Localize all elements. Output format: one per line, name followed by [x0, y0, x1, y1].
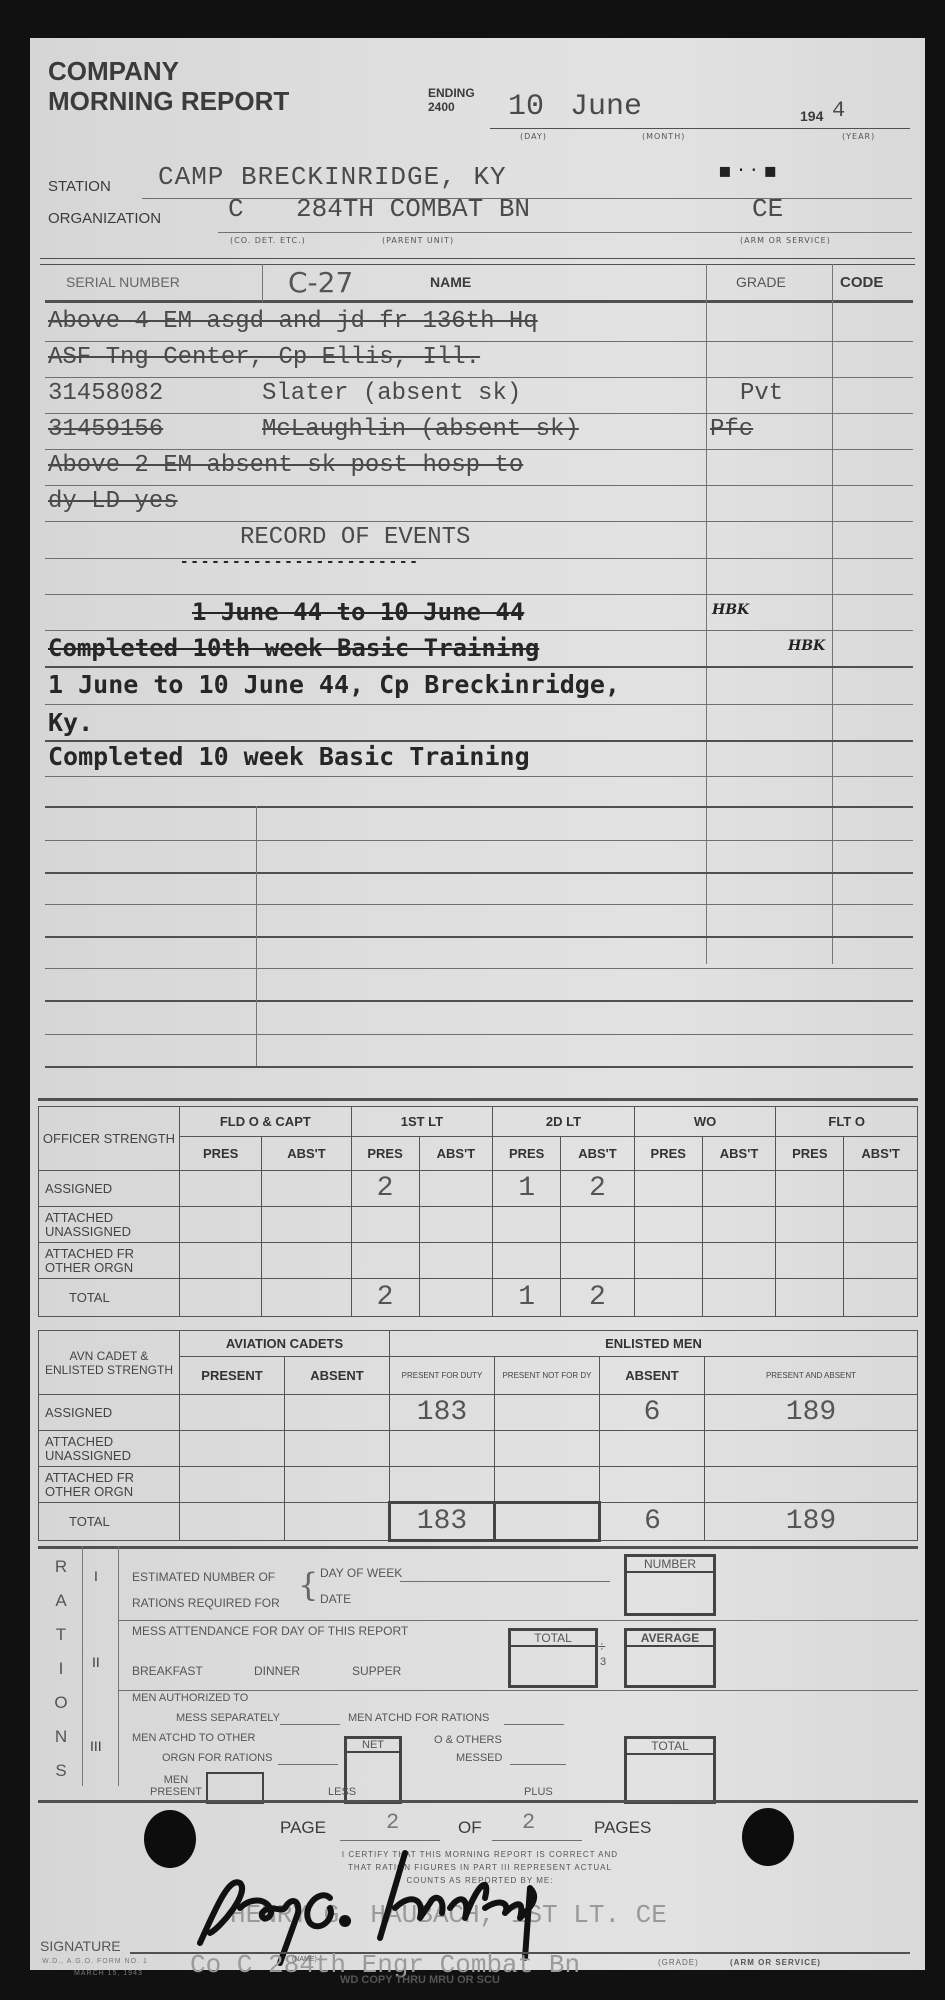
cell: 6: [600, 1395, 705, 1431]
signature-label: SIGNATURE: [40, 1938, 121, 1954]
cell: [634, 1171, 702, 1207]
entry-name: McLaughlin (absent sk): [262, 416, 579, 443]
label-line: RATIONS REQUIRED FOR: [132, 1590, 280, 1616]
divider: [40, 264, 915, 265]
ending-text: ENDING: [428, 86, 475, 100]
section-rule: [38, 1098, 918, 1101]
entry-line: Above 4 EM asgd and jd fr 136th Hq: [48, 308, 538, 335]
rule: [45, 377, 913, 378]
initials: HBK: [788, 638, 825, 654]
record-of-events-heading: RECORD OF EVENTS: [240, 524, 470, 551]
page-label: PAGE: [280, 1818, 326, 1838]
report-month: June: [570, 90, 642, 124]
name-caption: (NAME): [292, 1956, 317, 1963]
cell: 183: [390, 1503, 495, 1541]
entry-line: Above 2 EM absent sk post hosp to: [48, 452, 523, 479]
form-number: W.D., A.G.O. FORM NO. 1: [42, 1958, 148, 1965]
day-of-week-label: DAY OF WEEK: [320, 1566, 402, 1580]
divide-by: 3: [600, 1656, 606, 1668]
page-number: 2: [386, 1810, 399, 1835]
subcol-header: ABSENT: [600, 1357, 705, 1395]
name-header: NAME: [430, 274, 471, 290]
cell: [702, 1279, 776, 1317]
rule: [45, 630, 913, 631]
breakfast-label: BREAKFAST: [132, 1664, 203, 1678]
row-label: TOTAL: [39, 1503, 180, 1541]
subcol-header: PRESENT: [180, 1357, 285, 1395]
cell: 189: [705, 1503, 918, 1541]
cell: 1: [493, 1279, 561, 1317]
group-header: AVIATION CADETS: [180, 1331, 390, 1357]
section-rule: [38, 1546, 918, 1549]
form-date: MARCH 15, 1943: [74, 1970, 143, 1977]
rule: [45, 936, 913, 938]
subcol-header: PRES: [351, 1137, 419, 1171]
men-present-label: MEN PRESENT: [150, 1774, 202, 1798]
table-row: ASSIGNED 2 1 2: [39, 1171, 918, 1207]
subcol-header: PRESENT FOR DUTY: [390, 1357, 495, 1395]
col-divider: [82, 1546, 83, 1786]
total-box[interactable]: TOTAL: [508, 1628, 598, 1688]
cell: [419, 1171, 493, 1207]
rule: [45, 776, 913, 777]
ending-time: 2400: [428, 100, 475, 114]
subcol-header: ABSENT: [285, 1357, 390, 1395]
average-label: AVERAGE: [627, 1631, 713, 1647]
group-header: ENLISTED MEN: [390, 1331, 918, 1357]
subcol-header: ABS'T: [844, 1137, 918, 1171]
cell: [776, 1279, 844, 1317]
row-label: ASSIGNED: [39, 1171, 180, 1207]
officer-strength-title: OFFICER STRENGTH: [39, 1107, 180, 1171]
cell: [285, 1503, 390, 1541]
rule: [118, 1690, 918, 1691]
row-label: ATTACHED UNASSIGNED: [39, 1207, 180, 1243]
rule: [45, 1000, 913, 1002]
company-caption: (CO. DET. ETC.): [230, 236, 306, 245]
cell: [844, 1171, 918, 1207]
letter: T: [50, 1618, 72, 1652]
initials: HBK: [712, 602, 749, 618]
cell: [495, 1395, 600, 1431]
subcol-header: PRES: [776, 1137, 844, 1171]
month-caption: (MONTH): [642, 132, 685, 141]
rule: [45, 1066, 913, 1068]
officer-strength-table: OFFICER STRENGTH FLD O & CAPT 1ST LT 2D …: [38, 1106, 918, 1317]
number-box[interactable]: NUMBER: [624, 1554, 716, 1616]
divider: [40, 258, 915, 259]
letter: R: [50, 1550, 72, 1584]
col-divider: [262, 264, 263, 302]
label-line: PRESENT: [150, 1786, 202, 1798]
divide-sign: ÷: [598, 1638, 606, 1654]
day-caption: (DAY): [520, 132, 547, 141]
struck-event-line: Completed 10th week Basic Training: [48, 634, 539, 662]
subcol-header: PRES: [180, 1137, 262, 1171]
cell: [180, 1171, 262, 1207]
subcol-header: ABS'T: [262, 1137, 351, 1171]
cell: [180, 1279, 262, 1317]
cell: [180, 1503, 285, 1541]
group-header: WO: [634, 1107, 776, 1137]
section-number: I: [94, 1568, 98, 1584]
table-row: ATTACHED UNASSIGNED: [39, 1207, 918, 1243]
page-total: 2: [522, 1810, 535, 1835]
entry-serial: 31458082: [48, 380, 163, 407]
entry-serial: 31459156: [48, 416, 163, 443]
rule: [45, 840, 913, 841]
parent-caption: (PARENT UNIT): [382, 236, 454, 245]
rule: [45, 485, 913, 486]
enlisted-strength-title: AVN CADET & ENLISTED STRENGTH: [39, 1331, 180, 1395]
men-atchd-other-label: MEN ATCHD TO OTHER: [132, 1732, 255, 1744]
row-label: ATTACHED UNASSIGNED: [39, 1431, 180, 1467]
cell: [495, 1503, 600, 1541]
col-divider: [256, 806, 257, 1066]
group-header: 2D LT: [493, 1107, 635, 1137]
entry-name: Slater (absent sk): [262, 380, 521, 407]
organization-arm: CE: [752, 194, 783, 224]
less-label: LESS: [328, 1786, 356, 1798]
rule: [45, 806, 913, 808]
year-prefix: 194: [800, 108, 823, 124]
letter: N: [50, 1720, 72, 1754]
average-box[interactable]: AVERAGE: [624, 1628, 716, 1688]
table-row: ATTACHED FR OTHER ORGN: [39, 1467, 918, 1503]
code-header: CODE: [840, 274, 883, 291]
event-line: 1 June to 10 June 44, Cp Breckinridge,: [48, 670, 620, 699]
cell: [419, 1279, 493, 1317]
subcol-header: PRESENT AND ABSENT: [705, 1357, 918, 1395]
group-header: FLT O: [776, 1107, 918, 1137]
cell: 6: [600, 1503, 705, 1541]
table-row: ASSIGNED 183 6 189: [39, 1395, 918, 1431]
col-divider: [706, 264, 707, 964]
group-header: 1ST LT: [351, 1107, 493, 1137]
rule: [45, 341, 913, 342]
enlisted-strength-table: AVN CADET & ENLISTED STRENGTH AVIATION C…: [38, 1330, 918, 1542]
rule: [118, 1620, 918, 1621]
supper-label: SUPPER: [352, 1664, 401, 1678]
rule: [45, 449, 913, 450]
plus-label: PLUS: [524, 1786, 553, 1798]
men-atchd-rations-field[interactable]: [504, 1724, 564, 1725]
organization-parent: 284TH COMBAT BN: [296, 194, 530, 224]
brace-icon: {: [298, 1566, 318, 1604]
cell: [262, 1171, 351, 1207]
cell: 189: [705, 1395, 918, 1431]
entry-grade: Pvt: [740, 380, 783, 407]
row-label: ATTACHED FR OTHER ORGN: [39, 1467, 180, 1503]
arm-service-caption: (ARM OR SERVICE): [730, 1958, 821, 1967]
cell: [776, 1171, 844, 1207]
rule: [45, 558, 913, 559]
serial-number-header: SERIAL NUMBER: [66, 274, 180, 290]
row-label: TOTAL: [39, 1279, 180, 1317]
table-row: TOTAL 2 1 2: [39, 1279, 918, 1317]
orgn-for-rations-field[interactable]: [278, 1764, 338, 1765]
report-day: 10: [508, 90, 544, 124]
date-underline: [490, 128, 910, 129]
cell: [262, 1279, 351, 1317]
year-suffix: 4: [832, 98, 845, 123]
subcol-header: PRES: [493, 1137, 561, 1171]
wd-copy-note: WD COPY THRU MRU OR SCU: [340, 1974, 500, 1986]
date-label: DATE: [320, 1592, 351, 1606]
struck-event-line: 1 June 44 to 10 June 44: [192, 598, 524, 626]
cell: [180, 1395, 285, 1431]
section-number: III: [90, 1738, 102, 1754]
letter: S: [50, 1754, 72, 1788]
net-label: NET: [347, 1739, 399, 1753]
letter: O: [50, 1686, 72, 1720]
rations-side-label: R A T I O N S: [50, 1550, 72, 1788]
subcol-header: PRESENT NOT FOR DY: [495, 1357, 600, 1395]
section-number: II: [92, 1654, 100, 1670]
mess-separately-label: MESS SEPARATELY: [176, 1712, 280, 1724]
pages-label: PAGES: [594, 1818, 651, 1838]
cell: [285, 1395, 390, 1431]
table-row: ATTACHED FR OTHER ORGN: [39, 1243, 918, 1279]
col-divider: [832, 264, 833, 964]
arm-caption: (ARM OR SERVICE): [740, 236, 831, 245]
grade-caption: (GRADE): [658, 1958, 699, 1967]
cell: 2: [351, 1171, 419, 1207]
mess-attendance-label: MESS ATTENDANCE FOR DAY OF THIS REPORT: [132, 1624, 408, 1638]
number-label: NUMBER: [627, 1557, 713, 1573]
ink-marks: ▪ · · ▪: [718, 158, 777, 182]
subcol-header: ABS'T: [419, 1137, 493, 1171]
title-line-1: COMPANY: [48, 56, 289, 86]
rations-total-box[interactable]: TOTAL: [624, 1736, 716, 1804]
rule: [45, 666, 913, 668]
rule: [45, 904, 913, 905]
station-label: STATION: [48, 178, 111, 195]
signature-icon: [180, 1838, 600, 1968]
ending-label: ENDING 2400: [428, 86, 475, 114]
total-label: TOTAL: [511, 1631, 595, 1647]
rule: [45, 1034, 913, 1035]
events-divider: -----------------------: [180, 554, 420, 570]
label-line: MEN: [150, 1774, 202, 1786]
letter: A: [50, 1584, 72, 1618]
subcol-header: ABS'T: [702, 1137, 776, 1171]
rule: [45, 594, 913, 595]
header-rule: [45, 300, 913, 303]
total-label: TOTAL: [627, 1739, 713, 1755]
entry-line: dy LD yes: [48, 488, 178, 515]
messed-field[interactable]: [510, 1764, 566, 1765]
year-caption: (YEAR): [842, 132, 875, 141]
rule: [45, 704, 913, 705]
rule: [45, 968, 913, 969]
organization-underline: [218, 232, 912, 233]
station-value: CAMP BRECKINRIDGE, KY: [158, 162, 507, 192]
cell: 183: [390, 1395, 495, 1431]
cell: 2: [561, 1279, 635, 1317]
event-line: Ky.: [48, 708, 93, 737]
dinner-label: DINNER: [254, 1664, 300, 1678]
handwritten-ref: C-27: [288, 266, 353, 299]
entry-line: ASF Tng Center, Cp Ellis, Ill.: [48, 344, 480, 371]
rule: [45, 413, 913, 414]
cell: 2: [351, 1279, 419, 1317]
group-header: FLD O & CAPT: [180, 1107, 352, 1137]
messed-label: MESSED: [456, 1752, 502, 1764]
men-atchd-rations-label: MEN ATCHD FOR RATIONS: [348, 1712, 489, 1724]
row-label: ASSIGNED: [39, 1395, 180, 1431]
event-line: Completed 10 week Basic Training: [48, 742, 530, 771]
cell: 2: [561, 1171, 635, 1207]
day-of-week-field[interactable]: [400, 1581, 610, 1582]
label-line: ESTIMATED NUMBER OF: [132, 1564, 280, 1590]
title-line-2: MORNING REPORT: [48, 86, 289, 116]
table-row: TOTAL 183 6 189: [39, 1503, 918, 1541]
row-label: ATTACHED FR OTHER ORGN: [39, 1243, 180, 1279]
organization-label: ORGANIZATION: [48, 210, 161, 227]
cell: [702, 1171, 776, 1207]
table-row: ATTACHED UNASSIGNED: [39, 1431, 918, 1467]
rule: [45, 872, 913, 874]
of-label: OF: [458, 1818, 482, 1838]
others-label: O & OTHERS: [434, 1734, 502, 1746]
orgn-for-rations-label: ORGN FOR RATIONS: [162, 1752, 272, 1764]
form-title: COMPANY MORNING REPORT: [48, 56, 289, 116]
col-divider: [118, 1546, 119, 1786]
letter: I: [50, 1652, 72, 1686]
grade-header: GRADE: [736, 274, 786, 290]
mess-separately-field[interactable]: [280, 1724, 340, 1725]
morning-report-form: COMPANY MORNING REPORT ENDING 2400 10 Ju…: [30, 38, 925, 1970]
subcol-header: ABS'T: [561, 1137, 635, 1171]
rule: [45, 521, 913, 522]
section-rule: [38, 1800, 918, 1803]
cell: [844, 1279, 918, 1317]
entry-grade: Pfc: [710, 416, 753, 443]
subcol-header: PRES: [634, 1137, 702, 1171]
men-authorized-label: MEN AUTHORIZED TO: [132, 1692, 248, 1704]
punch-hole-right: [742, 1808, 794, 1866]
cell: [634, 1279, 702, 1317]
organization-company: C: [228, 194, 244, 224]
rations-estimate-label: ESTIMATED NUMBER OF RATIONS REQUIRED FOR: [132, 1564, 280, 1616]
cell: 1: [493, 1171, 561, 1207]
